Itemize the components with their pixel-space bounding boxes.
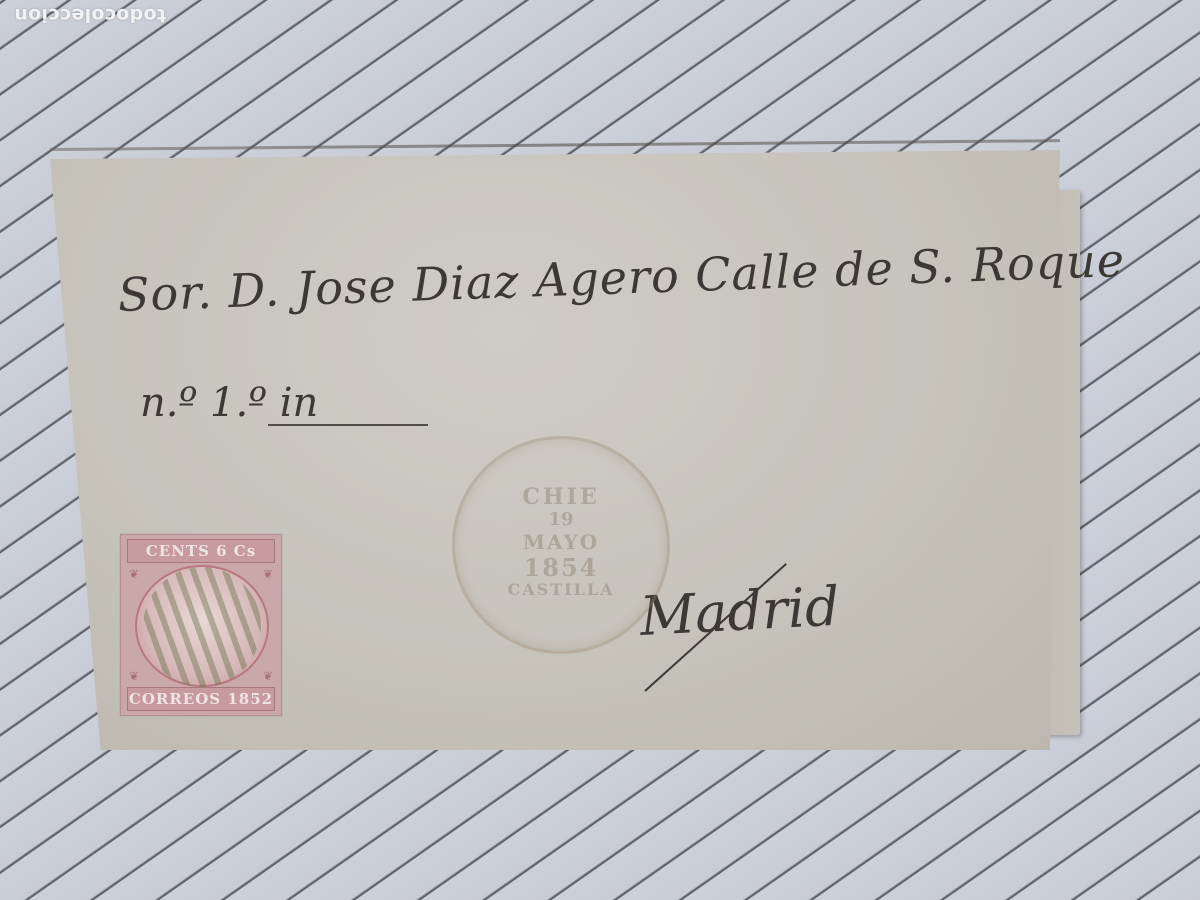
postmark-day: 19 xyxy=(548,510,573,531)
postmark: CHIE 19 MAYO 1854 CASTILLA xyxy=(452,436,670,654)
stamp-value-label: CENTS 6 Cs xyxy=(127,539,275,563)
address-line-2: n.º 1.º in xyxy=(140,380,318,426)
address-city: Madrid xyxy=(638,575,841,648)
address-underline xyxy=(268,424,428,426)
grid-cancel-icon xyxy=(143,567,261,687)
stamp-issue-label: CORREOS 1852 xyxy=(127,687,275,711)
ornament-icon: ❦ xyxy=(261,669,275,683)
postmark-town: CHIE xyxy=(522,485,599,510)
ornament-icon: ❦ xyxy=(127,669,141,683)
envelope-top-edge xyxy=(50,139,1060,151)
ornament-icon: ❦ xyxy=(127,567,141,581)
postmark-month: MAYO xyxy=(523,531,599,554)
postmark-region: CASTILLA xyxy=(507,581,614,599)
watermark-text: todocoleccion xyxy=(14,4,166,26)
postmark-year: 1854 xyxy=(524,554,599,582)
ornament-icon: ❦ xyxy=(261,567,275,581)
postage-stamp: CENTS 6 Cs ❦ ❦ ❦ ❦ CORREOS 1852 xyxy=(120,534,282,716)
